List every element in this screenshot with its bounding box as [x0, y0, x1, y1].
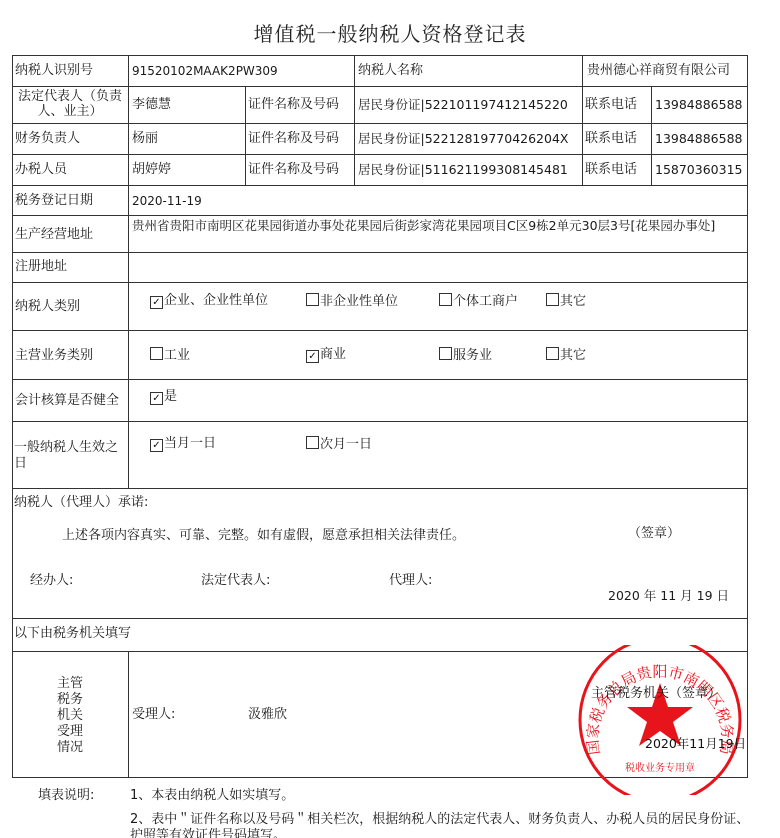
taxpayer-name-value: 贵州德心祥商贸有限公司 [587, 63, 730, 79]
col-divider [245, 86, 246, 185]
effective-date-label: 一般纳税人生效之日 [14, 440, 126, 472]
authority-seal-label: 主管税务机关（签章） [591, 686, 721, 702]
finance-phone: 13984886588 [655, 131, 742, 147]
checkbox[interactable] [546, 293, 559, 306]
row-divider [12, 330, 748, 331]
col-divider [582, 55, 583, 185]
tax-staff-name: 胡婷婷 [132, 162, 171, 178]
taxpayer-type-option[interactable]: ✓企业、企业性单位 [150, 293, 268, 309]
notes-heading: 填表说明: [38, 788, 94, 804]
checkbox-checked[interactable]: ✓ [150, 392, 163, 405]
row-divider [12, 123, 748, 124]
checkbox[interactable] [306, 293, 319, 306]
business-type-option[interactable]: 其它 [546, 347, 586, 364]
commitment-seal-label: （签章） [628, 526, 680, 542]
taxpayer-name-label: 纳税人名称 [358, 63, 423, 79]
row-divider [12, 651, 748, 652]
effective-date-option[interactable]: ✓当月一日 [150, 436, 216, 452]
legal-rep-phone: 13984886588 [655, 97, 742, 113]
checkbox[interactable] [306, 436, 319, 449]
taxpayer-type-label: 纳税人类别 [15, 299, 80, 315]
authority-side-label: 主管税务机关受理情况 [55, 676, 85, 756]
checkbox[interactable] [546, 347, 559, 360]
business-type-option[interactable]: 服务业 [439, 347, 492, 364]
row-divider [12, 488, 748, 489]
finance-cert-label: 证件名称及号码 [248, 131, 339, 147]
legal-rep-name: 李德慧 [132, 97, 171, 113]
finance-label: 财务负责人 [15, 131, 80, 147]
row-divider [12, 86, 748, 87]
checkbox-checked[interactable]: ✓ [306, 350, 319, 363]
checkbox[interactable] [150, 347, 163, 360]
authority-section-heading: 以下由税务机关填写 [14, 626, 131, 642]
row-divider [12, 154, 748, 155]
tax-staff-phone-label: 联系电话 [585, 162, 637, 178]
receiver-name: 汲雅欣 [248, 707, 287, 723]
agent-label: 代理人: [389, 573, 432, 589]
form-title: 增值税一般纳税人资格登记表 [0, 18, 780, 47]
row-divider [12, 282, 748, 283]
row-divider [12, 618, 748, 619]
commitment-heading: 纳税人（代理人）承诺: [14, 495, 148, 511]
tax-staff-phone: 15870360315 [655, 162, 742, 178]
business-type-option[interactable]: ✓商业 [306, 347, 346, 363]
finance-name: 杨丽 [132, 131, 158, 147]
receiver-label: 受理人: [132, 707, 175, 723]
checkbox-checked[interactable]: ✓ [150, 296, 163, 309]
finance-cert-value: 居民身份证|52212819770426204X [358, 131, 568, 147]
taxpayer-type-option[interactable]: 非企业性单位 [306, 293, 398, 310]
finance-phone-label: 联系电话 [585, 131, 637, 147]
tax-staff-label: 办税人员 [15, 162, 67, 178]
legal-rep-cert-value: 居民身份证|522101197412145220 [358, 97, 568, 113]
business-type-option[interactable]: 工业 [150, 347, 190, 364]
taxpayer-type-option[interactable]: 其它 [546, 293, 586, 310]
row-divider [12, 215, 748, 216]
taxpayer-id-label: 纳税人识别号 [15, 63, 93, 79]
handler-label: 经办人: [30, 573, 73, 589]
accounting-option[interactable]: ✓是 [150, 389, 177, 405]
checkbox[interactable] [439, 293, 452, 306]
reg-address-label: 注册地址 [15, 259, 67, 275]
commitment-date: 2020 年 11 月 19 日 [608, 588, 729, 604]
reg-date-label: 税务登记日期 [15, 193, 93, 209]
business-type-label: 主营业务类别 [15, 348, 93, 364]
col-divider [651, 86, 652, 185]
col-divider [128, 651, 129, 778]
taxpayer-id-value: 91520102MAAK2PW309 [132, 63, 278, 79]
biz-address-label: 生产经营地址 [15, 227, 93, 243]
taxpayer-type-option[interactable]: 个体工商户 [439, 293, 518, 310]
col-divider [128, 55, 129, 488]
row-divider [12, 421, 748, 422]
row-divider [12, 379, 748, 380]
col-divider [354, 55, 355, 185]
checkbox-checked[interactable]: ✓ [150, 439, 163, 452]
row-divider [12, 185, 748, 186]
legal-rep-cert-label: 证件名称及号码 [248, 97, 339, 113]
tax-staff-cert-label: 证件名称及号码 [248, 162, 339, 178]
biz-address-value: 贵州省贵阳市南明区花果园街道办事处花果园后街彭家湾花果园项目C区9栋2单元30层… [132, 218, 744, 234]
tax-staff-cert-value: 居民身份证|511621199308145481 [358, 162, 568, 178]
accounting-label: 会计核算是否健全 [15, 393, 119, 409]
row-divider [12, 252, 748, 253]
note-item: 2、表中＂证件名称以及号码＂相关栏次，根据纳税人的法定代表人、财务负责人、办税人… [130, 812, 750, 838]
legal-rep-sign-label: 法定代表人: [201, 573, 270, 589]
note-item: 1、本表由纳税人如实填写。 [130, 788, 294, 804]
effective-date-option[interactable]: 次月一日 [306, 436, 372, 453]
legal-rep-label: 法定代表人（负责人、业主） [14, 89, 126, 119]
commitment-statement: 上述各项内容真实、可靠、完整。如有虚假，愿意承担相关法律责任。 [62, 528, 465, 544]
reg-date-value: 2020-11-19 [132, 193, 202, 209]
checkbox[interactable] [439, 347, 452, 360]
authority-date: 2020年11月19日 [645, 736, 746, 752]
legal-rep-phone-label: 联系电话 [585, 97, 637, 113]
